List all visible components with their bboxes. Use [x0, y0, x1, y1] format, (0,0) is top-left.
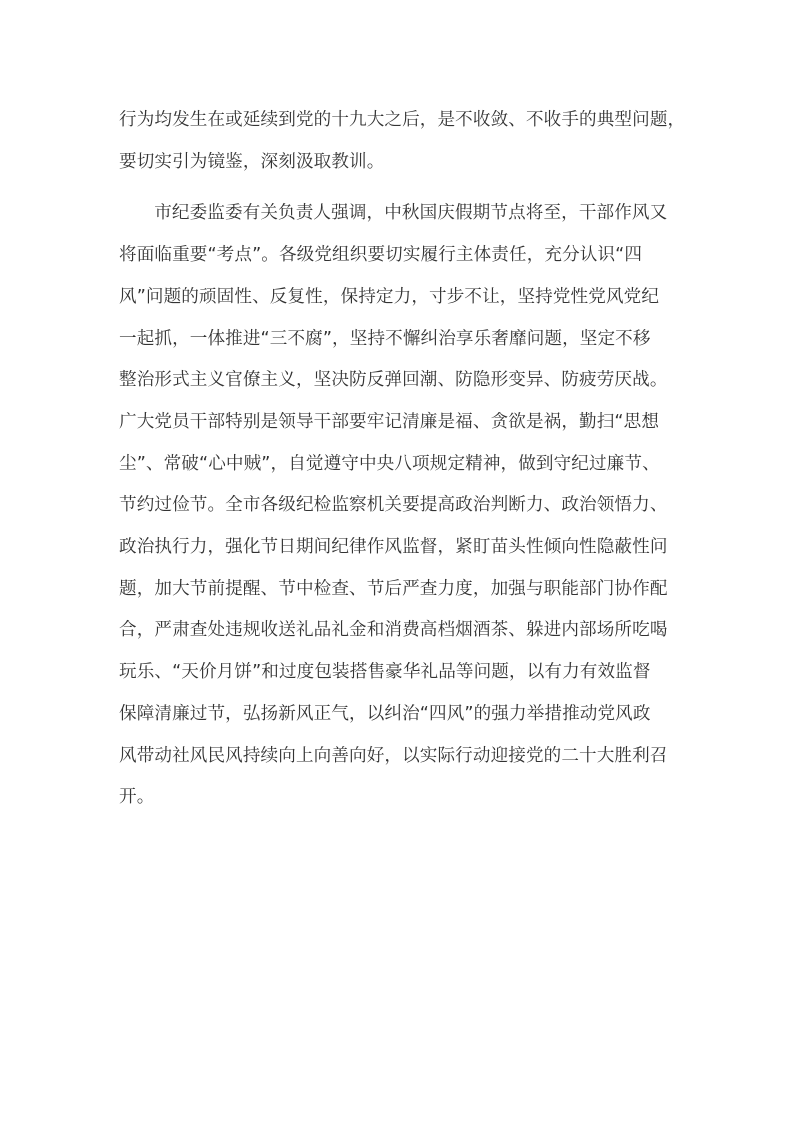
document-page: 行为均发生在或延续到党的十九大之后，是不收敛、不收手的典型问题， 要切实引为镜鉴… [119, 100, 621, 819]
text-line: 整治形式主义官僚主义，坚决防反弹回潮、防隐形变异、防疲劳厌战。 [119, 360, 621, 402]
paragraph-1: 行为均发生在或延续到党的十九大之后，是不收敛、不收手的典型问题， 要切实引为镜鉴… [119, 100, 621, 183]
text-line: 要切实引为镜鉴，深刻汲取教训。 [119, 142, 621, 184]
text-line: 风带动社风民风持续向上向善向好，以实际行动迎接党的二十大胜利召 [119, 736, 621, 778]
text-line: 玩乐、“天价月饼”和过度包装搭售豪华礼品等问题，以有力有效监督 [119, 652, 621, 694]
text-line: 开。 [119, 777, 621, 819]
text-line: 题，加大节前提醒、节中检查、节后严查力度，加强与职能部门协作配 [119, 569, 621, 611]
text-line: 将面临重要“考点”。各级党组织要切实履行主体责任，充分认识“四 [119, 235, 621, 277]
text-line: 尘”、常破“心中贼”，自觉遵守中央八项规定精神，做到守纪过廉节、 [119, 444, 621, 486]
text-line: 风”问题的顽固性、反复性，保持定力，寸步不让，坚持党性党风党纪 [119, 277, 621, 319]
text-line: 节约过俭节。全市各级纪检监察机关要提高政治判断力、政治领悟力、 [119, 485, 621, 527]
text-line: 政治执行力，强化节日期间纪律作风监督，紧盯苗头性倾向性隐蔽性问 [119, 527, 621, 569]
text-line: 一起抓，一体推进“三不腐”，坚持不懈纠治享乐奢靡问题，坚定不移 [119, 319, 621, 361]
paragraph-2: 市纪委监委有关负责人强调，中秋国庆假期节点将至，干部作风又 将面临重要“考点”。… [119, 193, 621, 819]
text-line: 保障清廉过节，弘扬新风正气，以纠治“四风”的强力举措推动党风政 [119, 694, 621, 736]
text-line: 行为均发生在或延续到党的十九大之后，是不收敛、不收手的典型问题， [119, 100, 621, 142]
text-line: 市纪委监委有关负责人强调，中秋国庆假期节点将至，干部作风又 [119, 193, 621, 235]
text-line: 广大党员干部特别是领导干部要牢记清廉是福、贪欲是祸，勤扫“思想 [119, 402, 621, 444]
text-line: 合，严肃查处违规收送礼品礼金和消费高档烟酒茶、躲进内部场所吃喝 [119, 610, 621, 652]
